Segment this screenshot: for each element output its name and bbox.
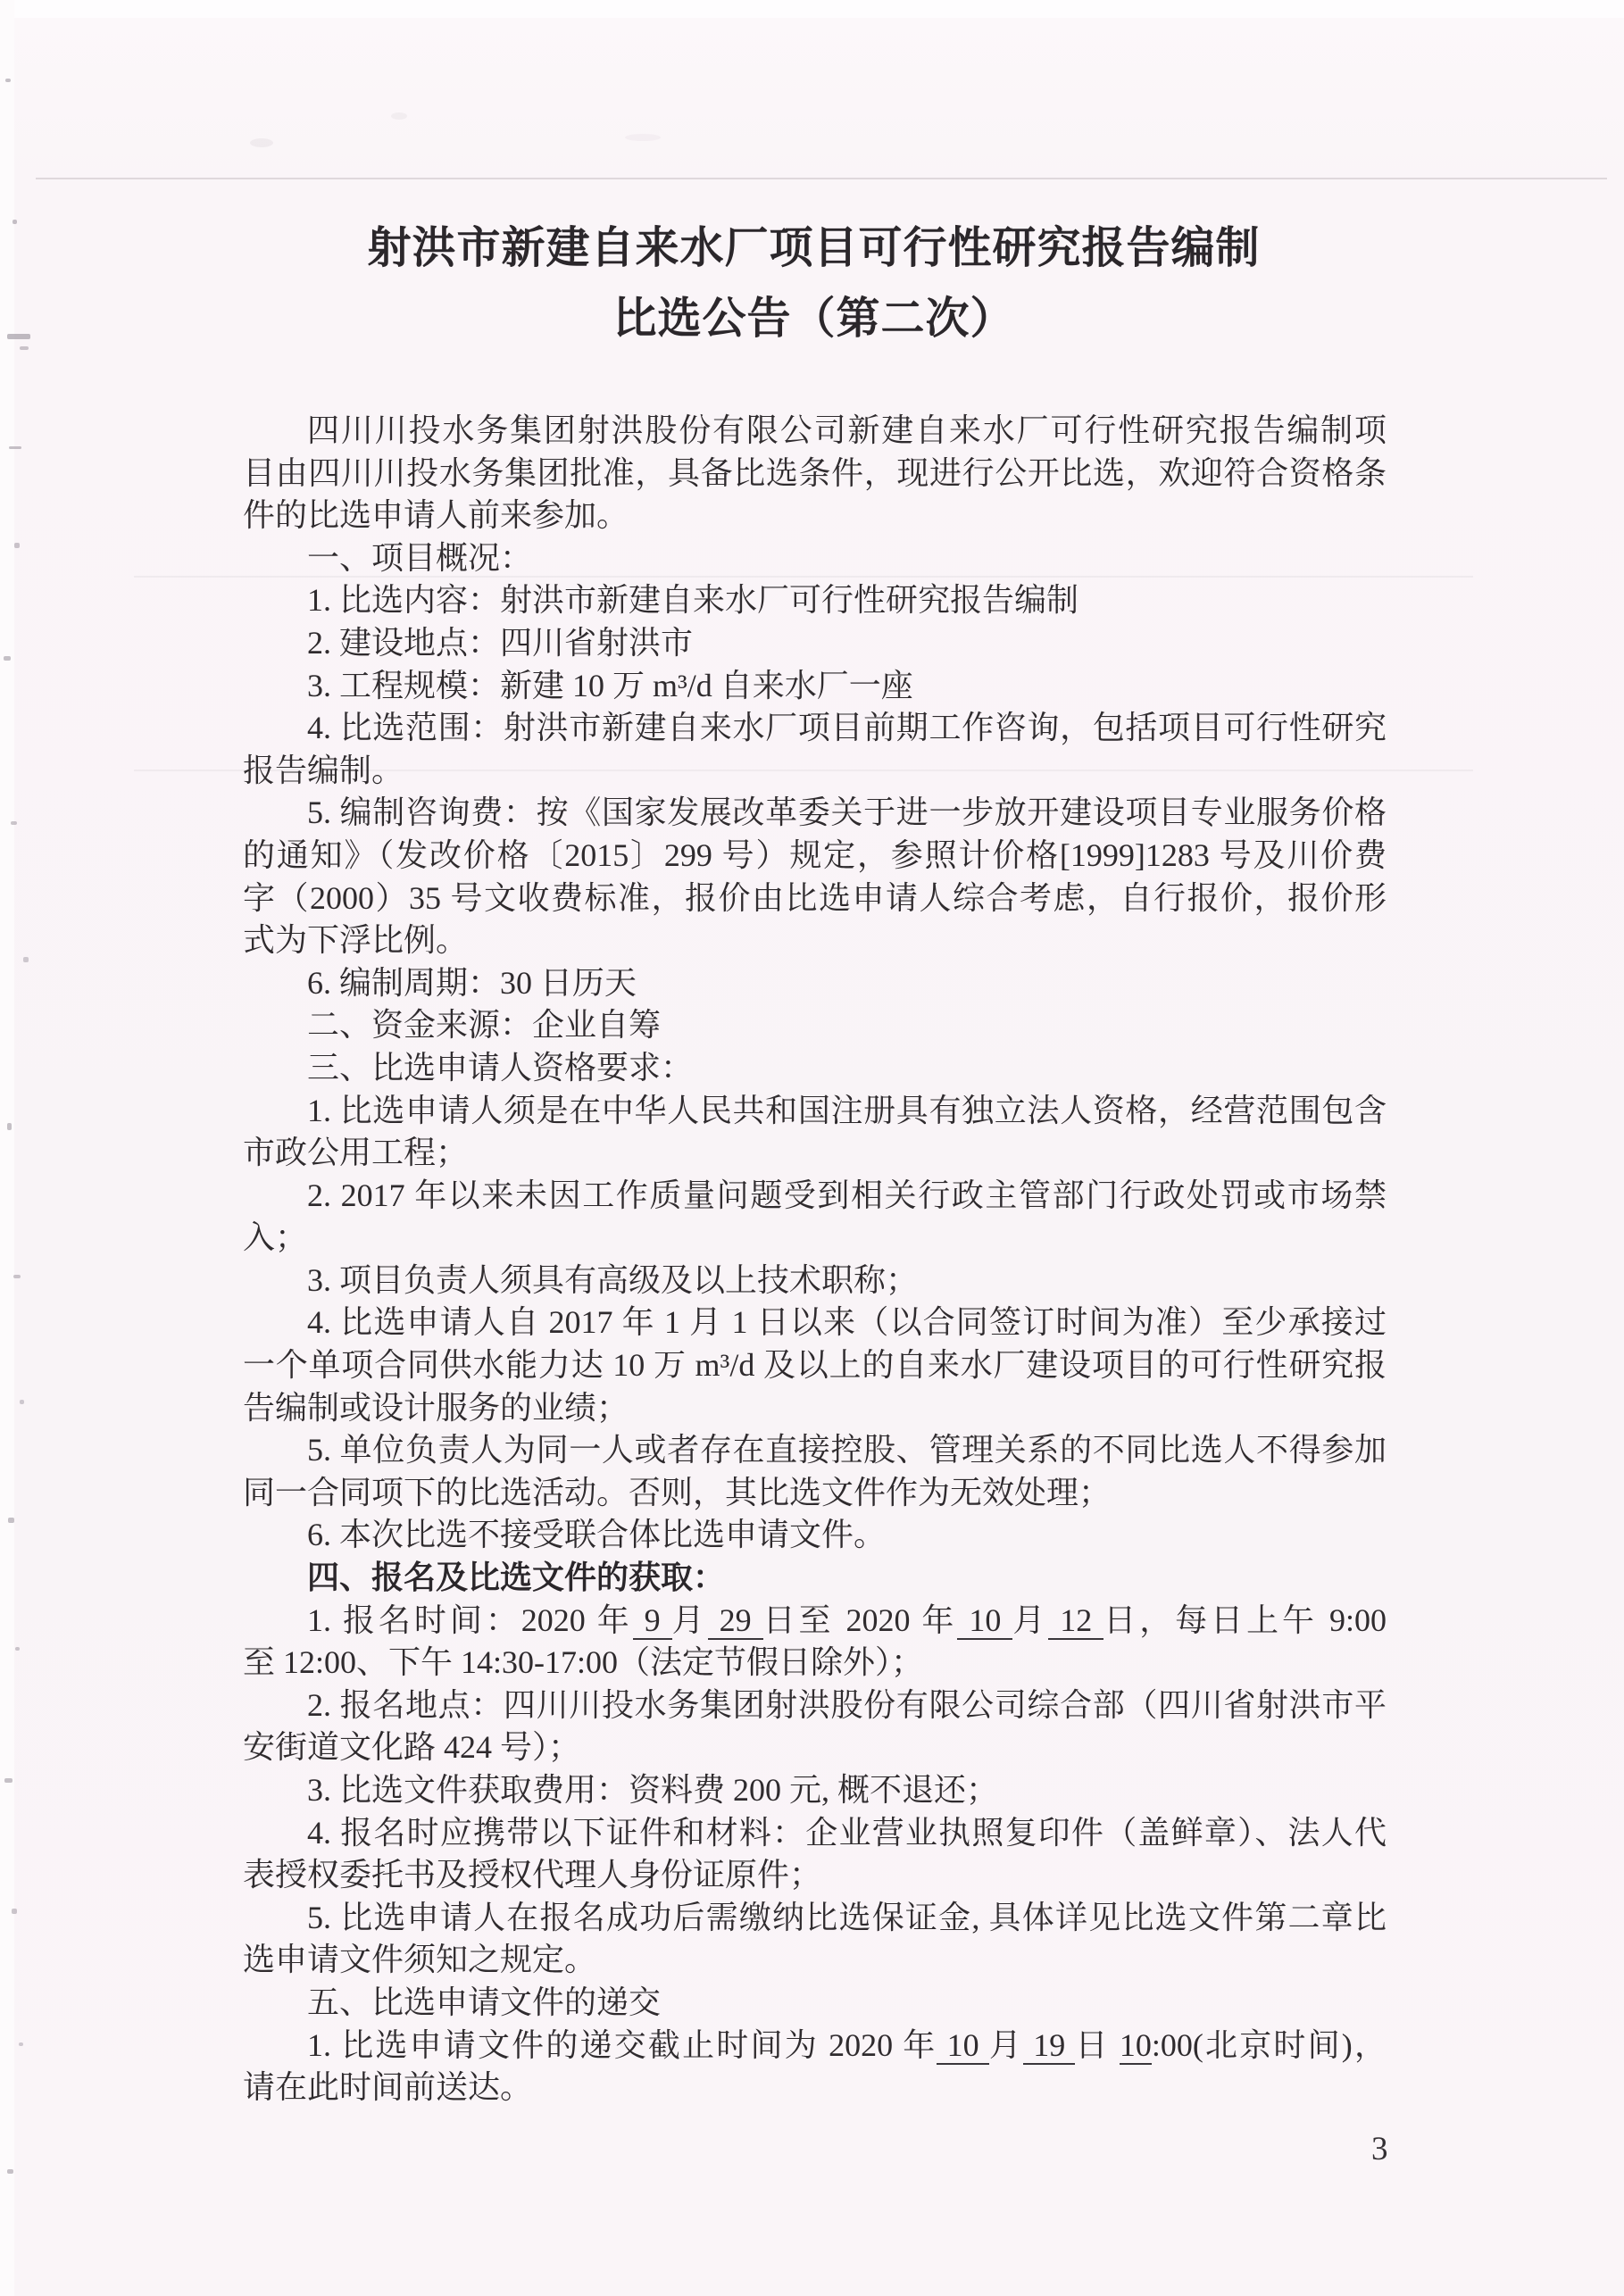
text-segment: 日，每日上午 9:00 <box>1103 1602 1387 1638</box>
scan-speck <box>11 821 17 825</box>
scan-speck <box>5 79 11 82</box>
text-line: 5. 单位负责人为同一人或者存在直接控股、管理关系的不同比选人不得参加 <box>243 1429 1387 1472</box>
scan-speck <box>12 220 17 224</box>
page-content: 四川川投水务集团射洪股份有限公司新建自来水厂可行性研究报告编制项 目由四川川投水… <box>243 410 1387 2109</box>
text-segment: 月 <box>1012 1602 1048 1638</box>
scan-smudge <box>625 134 661 141</box>
scan-speck <box>7 1123 12 1130</box>
text-line: 1. 比选申请文件的递交截止时间为 2020 年 10 月 19 日 10:00… <box>243 2025 1387 2067</box>
scan-speck <box>8 1518 14 1523</box>
text-line: 选申请文件须知之规定。 <box>243 1939 1387 1982</box>
scan-speck <box>15 1647 20 1651</box>
text-line: 1. 报名时间：2020 年 9 月 29 日至 2020 年 10 月 12 … <box>243 1600 1387 1643</box>
text-line: 4. 报名时应携带以下证件和材料：企业营业执照复印件（盖鲜章）、法人代 <box>243 1812 1387 1855</box>
text-line: 2. 2017 年以来未因工作质量问题受到相关行政主管部门行政处罚或市场禁 <box>243 1175 1387 1218</box>
underlined-value: 29 <box>708 1602 763 1640</box>
text-line: 目由四川川投水务集团批准，具备比选条件，现进行公开比选，欢迎符合资格条 <box>243 453 1387 495</box>
scan-speck <box>19 2042 23 2046</box>
text-line: 2. 建设地点：四川省射洪市 <box>243 622 1387 665</box>
text-line: 四川川投水务集团射洪股份有限公司新建自来水厂可行性研究报告编制项 <box>243 410 1387 453</box>
scan-speck <box>7 334 30 339</box>
section-heading-2: 二、资金来源：企业自筹 <box>243 1004 1387 1047</box>
text-line: 5. 编制咨询费：按《国家发展改革委关于进一步放开建设项目专业服务价格 <box>243 792 1387 835</box>
scan-smudge <box>391 112 407 120</box>
scan-speck <box>13 1275 21 1278</box>
scan-edge-left <box>0 0 14 2296</box>
text-line: 字（2000）35 号文收费标准，报价由比选申请人综合考虑，自行报价，报价形 <box>243 878 1387 920</box>
text-line: 1. 比选申请人须是在中华人民共和国注册具有独立法人资格，经营范围包含 <box>243 1090 1387 1133</box>
text-segment: 月 <box>672 1602 708 1638</box>
scan-speck <box>4 656 11 661</box>
section-heading-5: 五、比选申请文件的递交 <box>243 1982 1387 2025</box>
text-line: 报告编制。 <box>243 750 1387 793</box>
text-line: 4. 比选范围：射洪市新建自来水厂项目前期工作咨询，包括项目可行性研究 <box>243 707 1387 750</box>
underlined-value: 10 <box>937 2027 988 2065</box>
underlined-value: 12 <box>1048 1602 1103 1640</box>
text-segment: 1. 比选申请文件的递交截止时间为 2020 年 <box>307 2027 937 2063</box>
text-line: 告编制或设计服务的业绩； <box>243 1387 1387 1430</box>
underlined-value: 10 <box>957 1602 1012 1640</box>
text-line: 件的比选申请人前来参加。 <box>243 495 1387 537</box>
text-segment: 日至 2020 年 <box>763 1602 958 1638</box>
text-line: 4. 比选申请人自 2017 年 1 月 1 日以来（以合同签订时间为准）至少承… <box>243 1302 1387 1344</box>
text-line: 3. 比选文件获取费用：资料费 200 元, 概不退还； <box>243 1769 1387 1812</box>
scan-speck <box>4 1778 12 1783</box>
section-heading-4: 四、报名及比选文件的获取： <box>243 1557 1387 1600</box>
scan-speck <box>23 957 29 962</box>
text-line: 请在此时间前送达。 <box>243 2067 1387 2109</box>
scan-speck <box>20 346 29 350</box>
scan-speck <box>12 1909 17 1914</box>
section-heading-3: 三、比选申请人资格要求： <box>243 1047 1387 1090</box>
doc-title-line-1: 射洪市新建自来水厂项目可行性研究报告编制 <box>241 212 1387 283</box>
scan-speck <box>7 2169 13 2174</box>
scan-speck <box>14 543 20 548</box>
text-line: 6. 本次比选不接受联合体比选申请文件。 <box>243 1514 1387 1557</box>
text-line: 入； <box>243 1217 1387 1260</box>
scan-speck <box>9 446 21 449</box>
text-line: 的通知》（发改价格〔2015〕299 号）规定，参照计价格[1999]1283 … <box>243 835 1387 878</box>
scan-edge-top <box>0 0 1624 18</box>
scan-artifact-line <box>36 178 1607 179</box>
section-heading-1: 一、项目概况： <box>243 537 1387 580</box>
document-title: 射洪市新建自来水厂项目可行性研究报告编制 比选公告（第二次） <box>241 212 1387 354</box>
scan-smudge <box>250 138 273 147</box>
scan-speck <box>20 1400 24 1404</box>
text-line: 6. 编制周期：30 日历天 <box>243 962 1387 1005</box>
underlined-value: 10 <box>1120 2027 1152 2065</box>
text-line: 3. 工程规模：新建 10 万 m³/d 自来水厂一座 <box>243 665 1387 708</box>
text-segment: :00(北京时间)， <box>1152 2027 1387 2063</box>
text-line: 市政公用工程； <box>243 1132 1387 1175</box>
scanned-page: 射洪市新建自来水厂项目可行性研究报告编制 比选公告（第二次） 四川川投水务集团射… <box>0 0 1624 2296</box>
text-line: 1. 比选内容：射洪市新建自来水厂可行性研究报告编制 <box>243 579 1387 622</box>
text-segment: 月 <box>989 2027 1023 2063</box>
text-line: 5. 比选申请人在报名成功后需缴纳比选保证金, 具体详见比选文件第二章比 <box>243 1897 1387 1940</box>
underlined-value: 19 <box>1023 2027 1075 2065</box>
text-line: 式为下浮比例。 <box>243 919 1387 962</box>
text-line: 安街道文化路 424 号）； <box>243 1726 1387 1769</box>
text-segment: 日 <box>1075 2027 1119 2063</box>
text-line: 一个单项合同供水能力达 10 万 m³/d 及以上的自来水厂建设项目的可行性研究… <box>243 1344 1387 1387</box>
text-line: 同一合同项下的比选活动。否则，其比选文件作为无效处理； <box>243 1472 1387 1515</box>
underlined-value: 9 <box>633 1602 672 1640</box>
text-line: 至 12:00、下午 14:30-17:00（法定节假日除外）； <box>243 1642 1387 1685</box>
doc-title-line-2: 比选公告（第二次） <box>241 283 1387 354</box>
text-line: 2. 报名地点：四川川投水务集团射洪股份有限公司综合部（四川省射洪市平 <box>243 1685 1387 1727</box>
text-line: 3. 项目负责人须具有高级及以上技术职称； <box>243 1260 1387 1302</box>
page-number: 3 <box>1371 2130 1388 2168</box>
text-line: 表授权委托书及授权代理人身份证原件； <box>243 1854 1387 1897</box>
text-segment: 1. 报名时间：2020 年 <box>307 1602 633 1638</box>
